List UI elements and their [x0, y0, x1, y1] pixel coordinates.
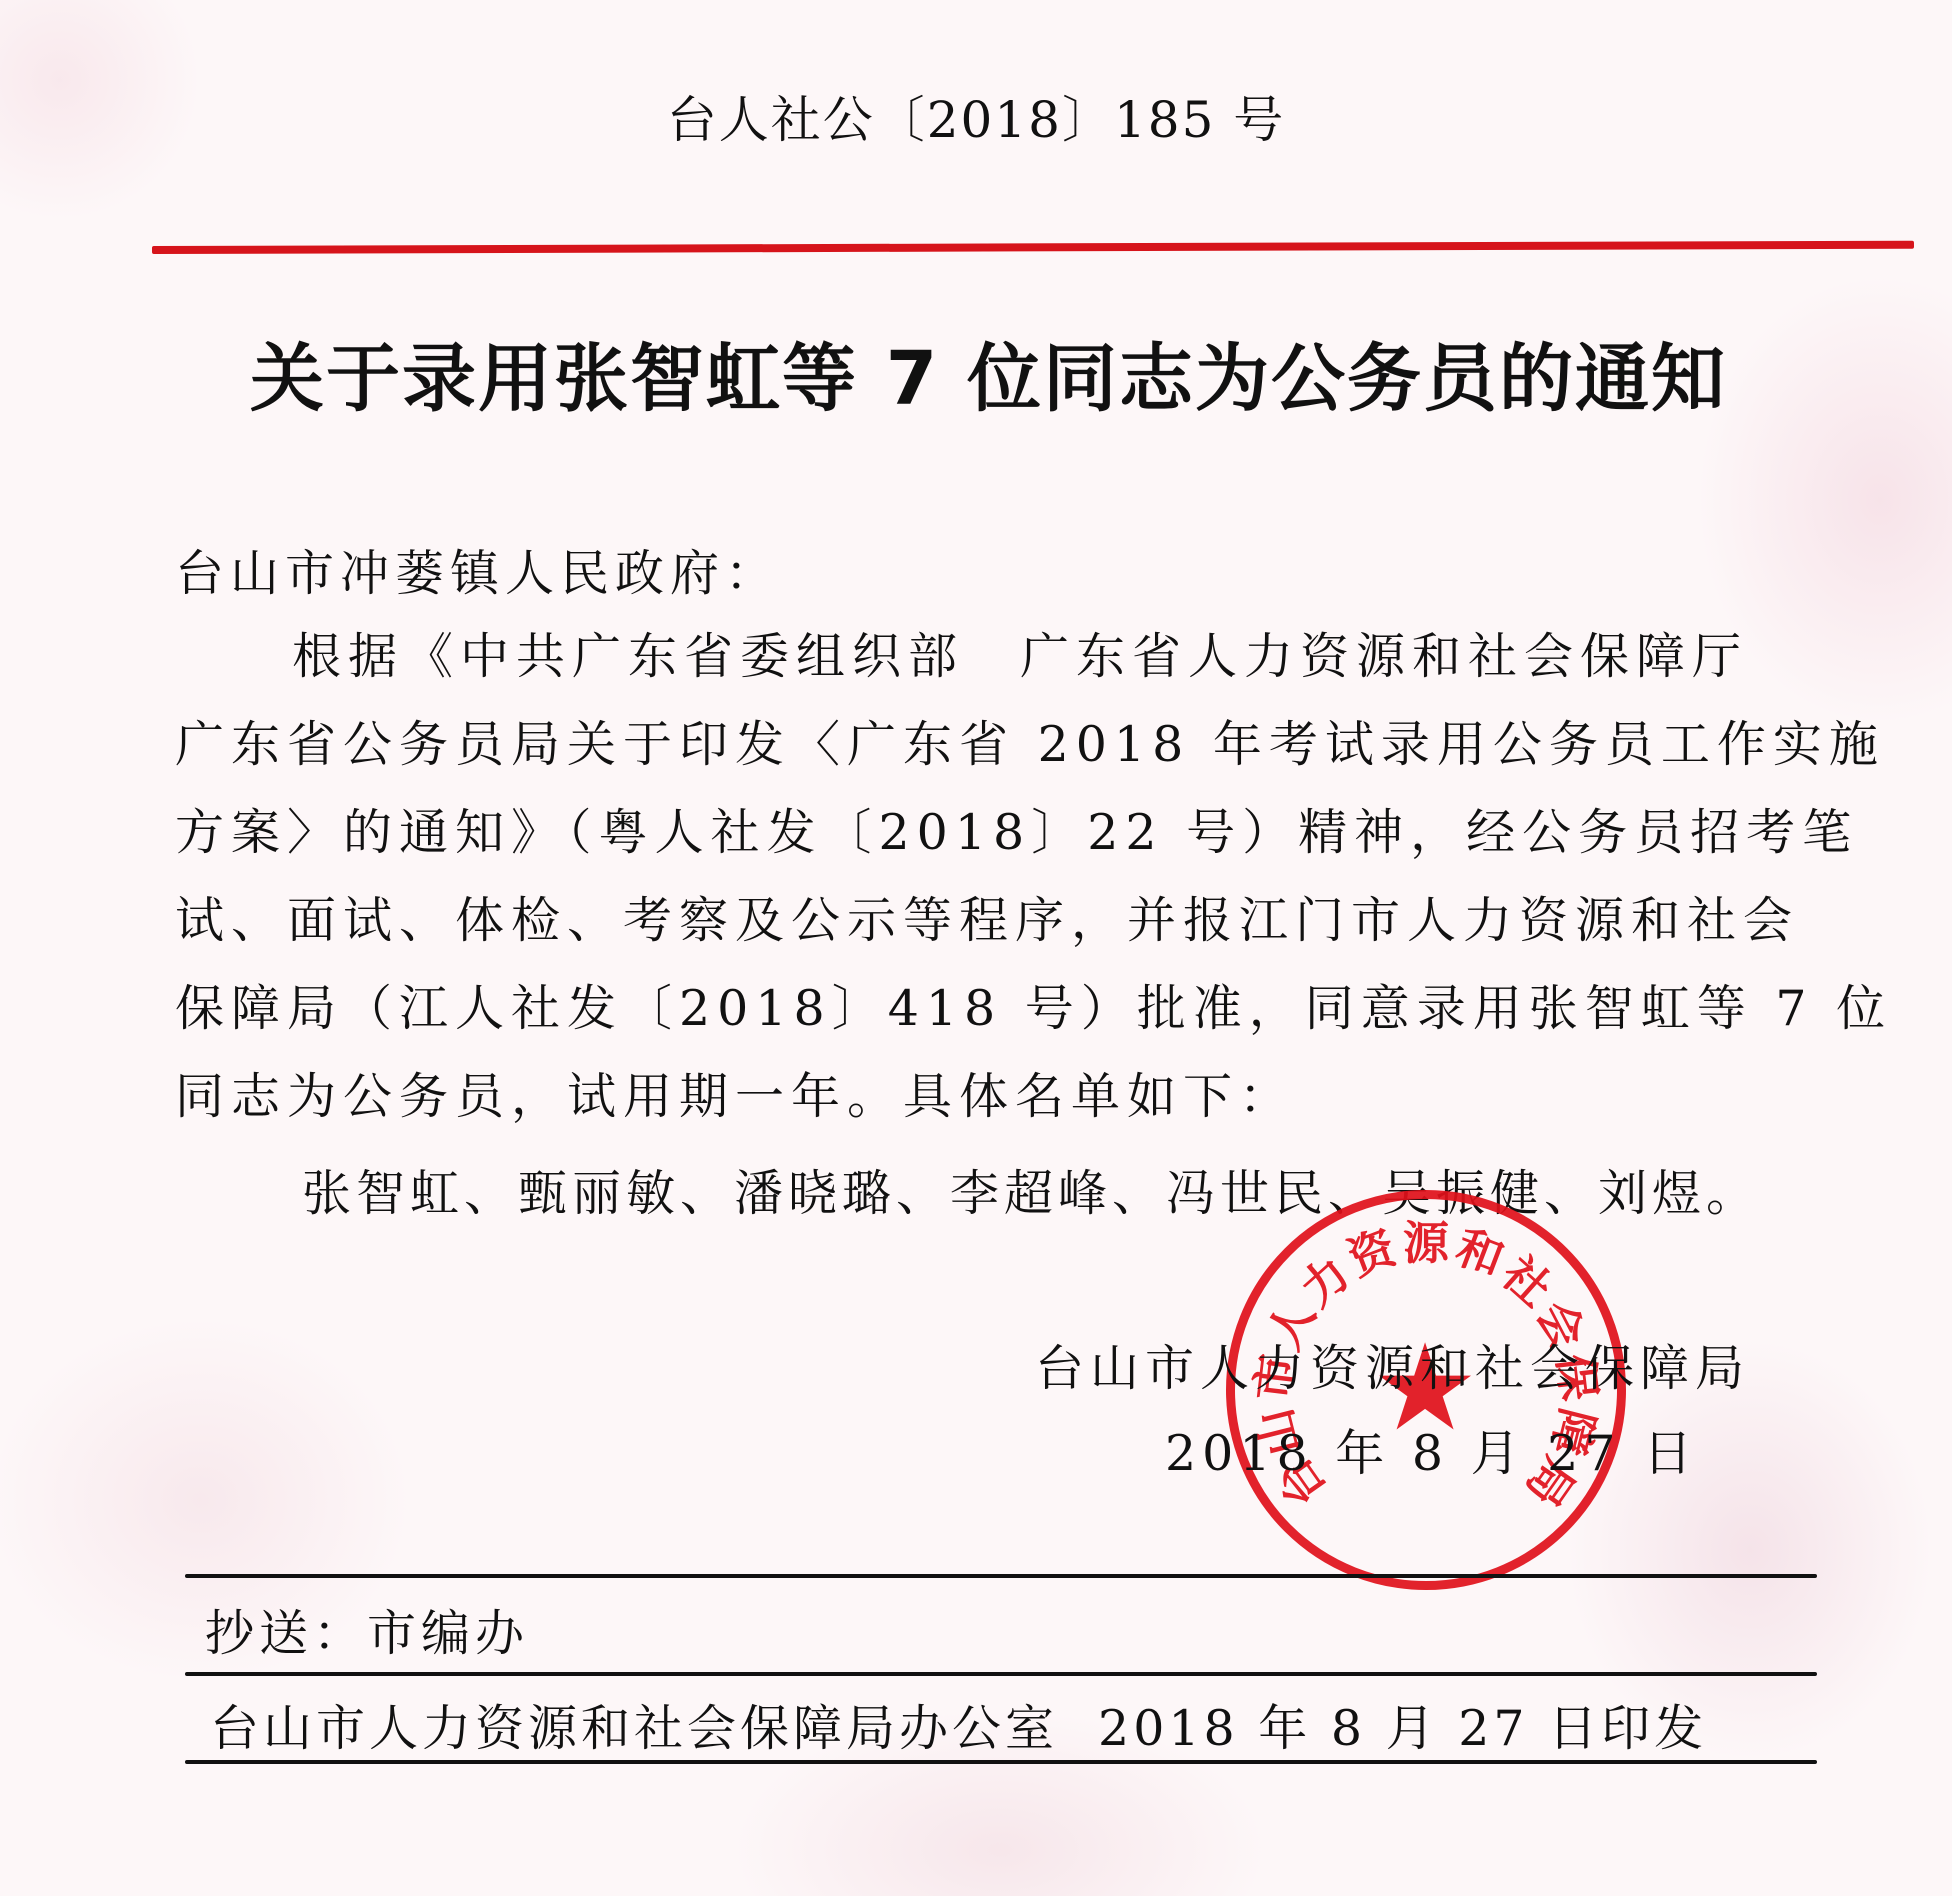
- document-title: 关于录用张智虹等 7 位同志为公务员的通知: [250, 320, 1800, 426]
- cc-value: 市编办: [367, 1605, 529, 1662]
- red-header-rule: [152, 241, 1914, 254]
- body-line-5: 保障局（江人社发〔2018〕418 号）批准，同意录用张智虹等 7 位: [175, 970, 1875, 1040]
- issue-date: 2018 年 8 月 27 日印发: [1098, 1700, 1707, 1757]
- body-line-3: 方案〉的通知》（粤人社发〔2018〕22 号）精神，经公务员招考笔: [175, 794, 1875, 864]
- signing-organization: 台山市人力资源和社会保障局: [1035, 1330, 1750, 1400]
- signing-date: 2018 年 8 月 27 日: [1165, 1415, 1698, 1485]
- body-line-6: 同志为公务员，试用期一年。具体名单如下：: [175, 1058, 1875, 1128]
- footer-rule-bottom: [185, 1760, 1817, 1764]
- body-line-4: 试、面试、体检、考察及公示等程序，并报江门市人力资源和社会: [175, 882, 1875, 952]
- addressee: 台山市冲蒌镇人民政府：: [175, 535, 1875, 605]
- issuer-line: 台山市人力资源和社会保障局办公室2018 年 8 月 27 日印发: [210, 1690, 1707, 1760]
- document-number: 台人社公〔2018〕185 号: [0, 80, 1952, 152]
- seal-char: 源: [1401, 1207, 1451, 1273]
- footer-rule-top: [185, 1574, 1817, 1578]
- footer-rule-middle: [185, 1672, 1817, 1676]
- body-line-2: 广东省公务员局关于印发〈广东省 2018 年考试录用公务员工作实施: [175, 706, 1875, 776]
- cc-label: 抄送：: [205, 1605, 367, 1662]
- appointee-names: 张智虹、甄丽敏、潘晓璐、李超峰、冯世民、吴振健、刘煜。: [302, 1155, 1952, 1225]
- issuer-office: 台山市人力资源和社会保障局办公室: [210, 1700, 1058, 1757]
- body-line-1: 根据《中共广东省委组织部 广东省人力资源和社会保障厅: [292, 618, 1952, 688]
- cc-line: 抄送：市编办: [205, 1595, 529, 1665]
